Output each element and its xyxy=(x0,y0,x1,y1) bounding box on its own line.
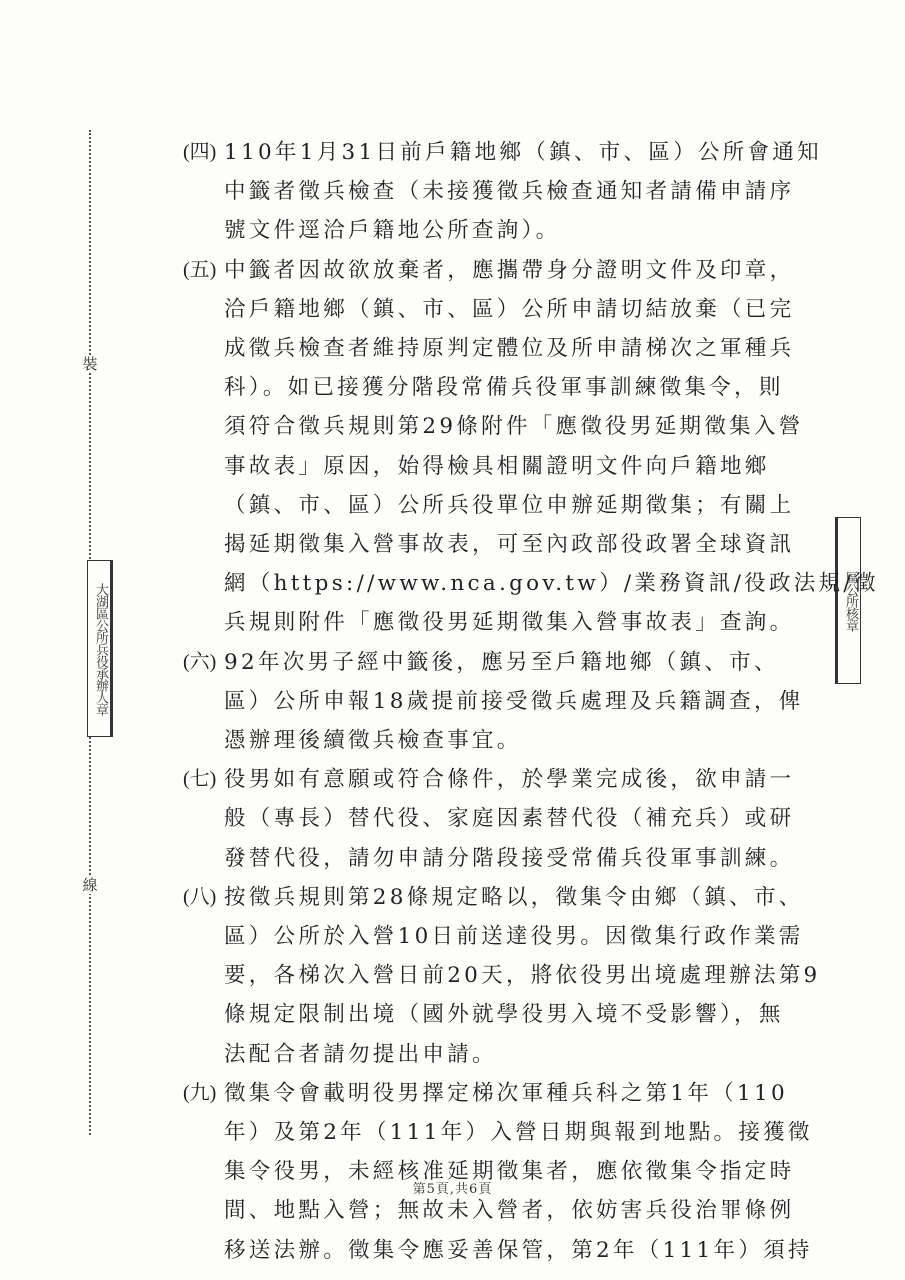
text-line: 區）公所申報18歲提前接受徵兵處理及兵籍調查，俾 xyxy=(224,682,798,721)
url-text-line: 網（https://www.nca.gov.tw）/業務資訊/役政法規/徵 xyxy=(224,564,798,603)
text-line: 法配合者請勿提出申請。 xyxy=(224,1035,798,1074)
list-item-5: (五) 中籤者因故欲放棄者，應攜帶身分證明文件及印章， 洽戶籍地鄉（鎮、市、區）… xyxy=(183,251,798,643)
text-line: 間、地點入營；無故未入營者，依妨害兵役治罪條例 xyxy=(224,1191,798,1230)
text-line: 洽戶籍地鄉（鎮、市、區）公所申請切結放棄（已完 xyxy=(224,290,798,329)
text-line: 般（專長）替代役、家庭因素替代役（補充兵）或研 xyxy=(224,799,798,838)
text-line: 憑辦理後續徵兵檢查事宜。 xyxy=(224,721,798,760)
text-line: 發替代役，請勿申請分階段接受常備兵役軍事訓練。 xyxy=(224,839,798,878)
binding-mark-bottom: 線 xyxy=(80,876,100,894)
text-line: 區）公所於入營10日前送達役男。因徵集行政作業需 xyxy=(224,917,798,956)
text-line: 中籤者因故欲放棄者，應攜帶身分證明文件及印章， xyxy=(224,251,798,290)
text-line: 役男如有意願或符合條件，於學業完成後，欲申請一 xyxy=(224,760,798,799)
text-line: 年）及第2年（111年）入營日期與報到地點。接獲徵 xyxy=(224,1113,798,1152)
text-line: 事故表」原因，始得檢具相關證明文件向戶籍地鄉 xyxy=(224,447,798,486)
item-number: (九) xyxy=(183,1074,216,1113)
text-line: 條規定限制出境（國外就學役男入境不受影響），無 xyxy=(224,995,798,1034)
item-number: (七) xyxy=(183,760,216,799)
item-number: (四) xyxy=(183,133,216,172)
item-number: (五) xyxy=(183,251,216,290)
text-line: 成徵兵檢查者維持原判定體位及所申請梯次之軍種兵 xyxy=(224,329,798,368)
text-line: （鎮、市、區）公所兵役單位申辦延期徵集；有關上 xyxy=(224,486,798,525)
list-item-9: (九) 徵集令會載明役男擇定梯次軍種兵科之第1年（110 年）及第2年（111年… xyxy=(183,1074,798,1270)
text-line: 兵規則附件「應徵役男延期徵集入營事故表」查詢。 xyxy=(224,603,798,642)
text-line: 移送法辦。徵集令應妥善保管，第2年（111年）須持 xyxy=(224,1231,798,1270)
text-line: 須符合徵兵規則第29條附件「應徵役男延期徵集入營 xyxy=(224,407,798,446)
item-number: (八) xyxy=(183,878,216,917)
text-line: 92年次男子經中籤後，應另至戶籍地鄉（鎮、市、 xyxy=(224,643,798,682)
text-line: 要，各梯次入營日前20天，將依役男出境處理辦法第9 xyxy=(224,956,798,995)
right-official-stamp: 區公所核章 xyxy=(835,517,861,684)
binding-mark-top: 裝 xyxy=(80,355,100,373)
text-line: 中籤者徵兵檢查（未接獲徵兵檢查通知者請備申請序 xyxy=(224,172,798,211)
left-official-stamp: 大湖區公所兵役承辦人章 xyxy=(87,560,113,737)
text-line: 110年1月31日前戶籍地鄉（鎮、市、區）公所會通知 xyxy=(224,133,798,172)
text-line: 徵集令會載明役男擇定梯次軍種兵科之第1年（110 xyxy=(224,1074,798,1113)
text-line: 號文件逕洽戶籍地公所查詢）。 xyxy=(224,211,798,250)
page-number-footer: 第5頁,共6頁 xyxy=(0,1178,905,1197)
list-item-7: (七) 役男如有意願或符合條件，於學業完成後，欲申請一 般（專長）替代役、家庭因… xyxy=(183,760,798,878)
document-body: (四) 110年1月31日前戶籍地鄉（鎮、市、區）公所會通知 中籤者徵兵檢查（未… xyxy=(183,133,798,1270)
text-line: 科）。如已接獲分階段常備兵役軍事訓練徵集令，則 xyxy=(224,368,798,407)
list-item-6: (六) 92年次男子經中籤後，應另至戶籍地鄉（鎮、市、 區）公所申報18歲提前接… xyxy=(183,643,798,761)
list-item-4: (四) 110年1月31日前戶籍地鄉（鎮、市、區）公所會通知 中籤者徵兵檢查（未… xyxy=(183,133,798,251)
list-item-8: (八) 按徵兵規則第28條規定略以，徵集令由鄉（鎮、市、 區）公所於入營10日前… xyxy=(183,878,798,1074)
item-number: (六) xyxy=(183,643,216,682)
text-line: 按徵兵規則第28條規定略以，徵集令由鄉（鎮、市、 xyxy=(224,878,798,917)
text-line: 揭延期徵集入營事故表，可至內政部役政署全球資訊 xyxy=(224,525,798,564)
